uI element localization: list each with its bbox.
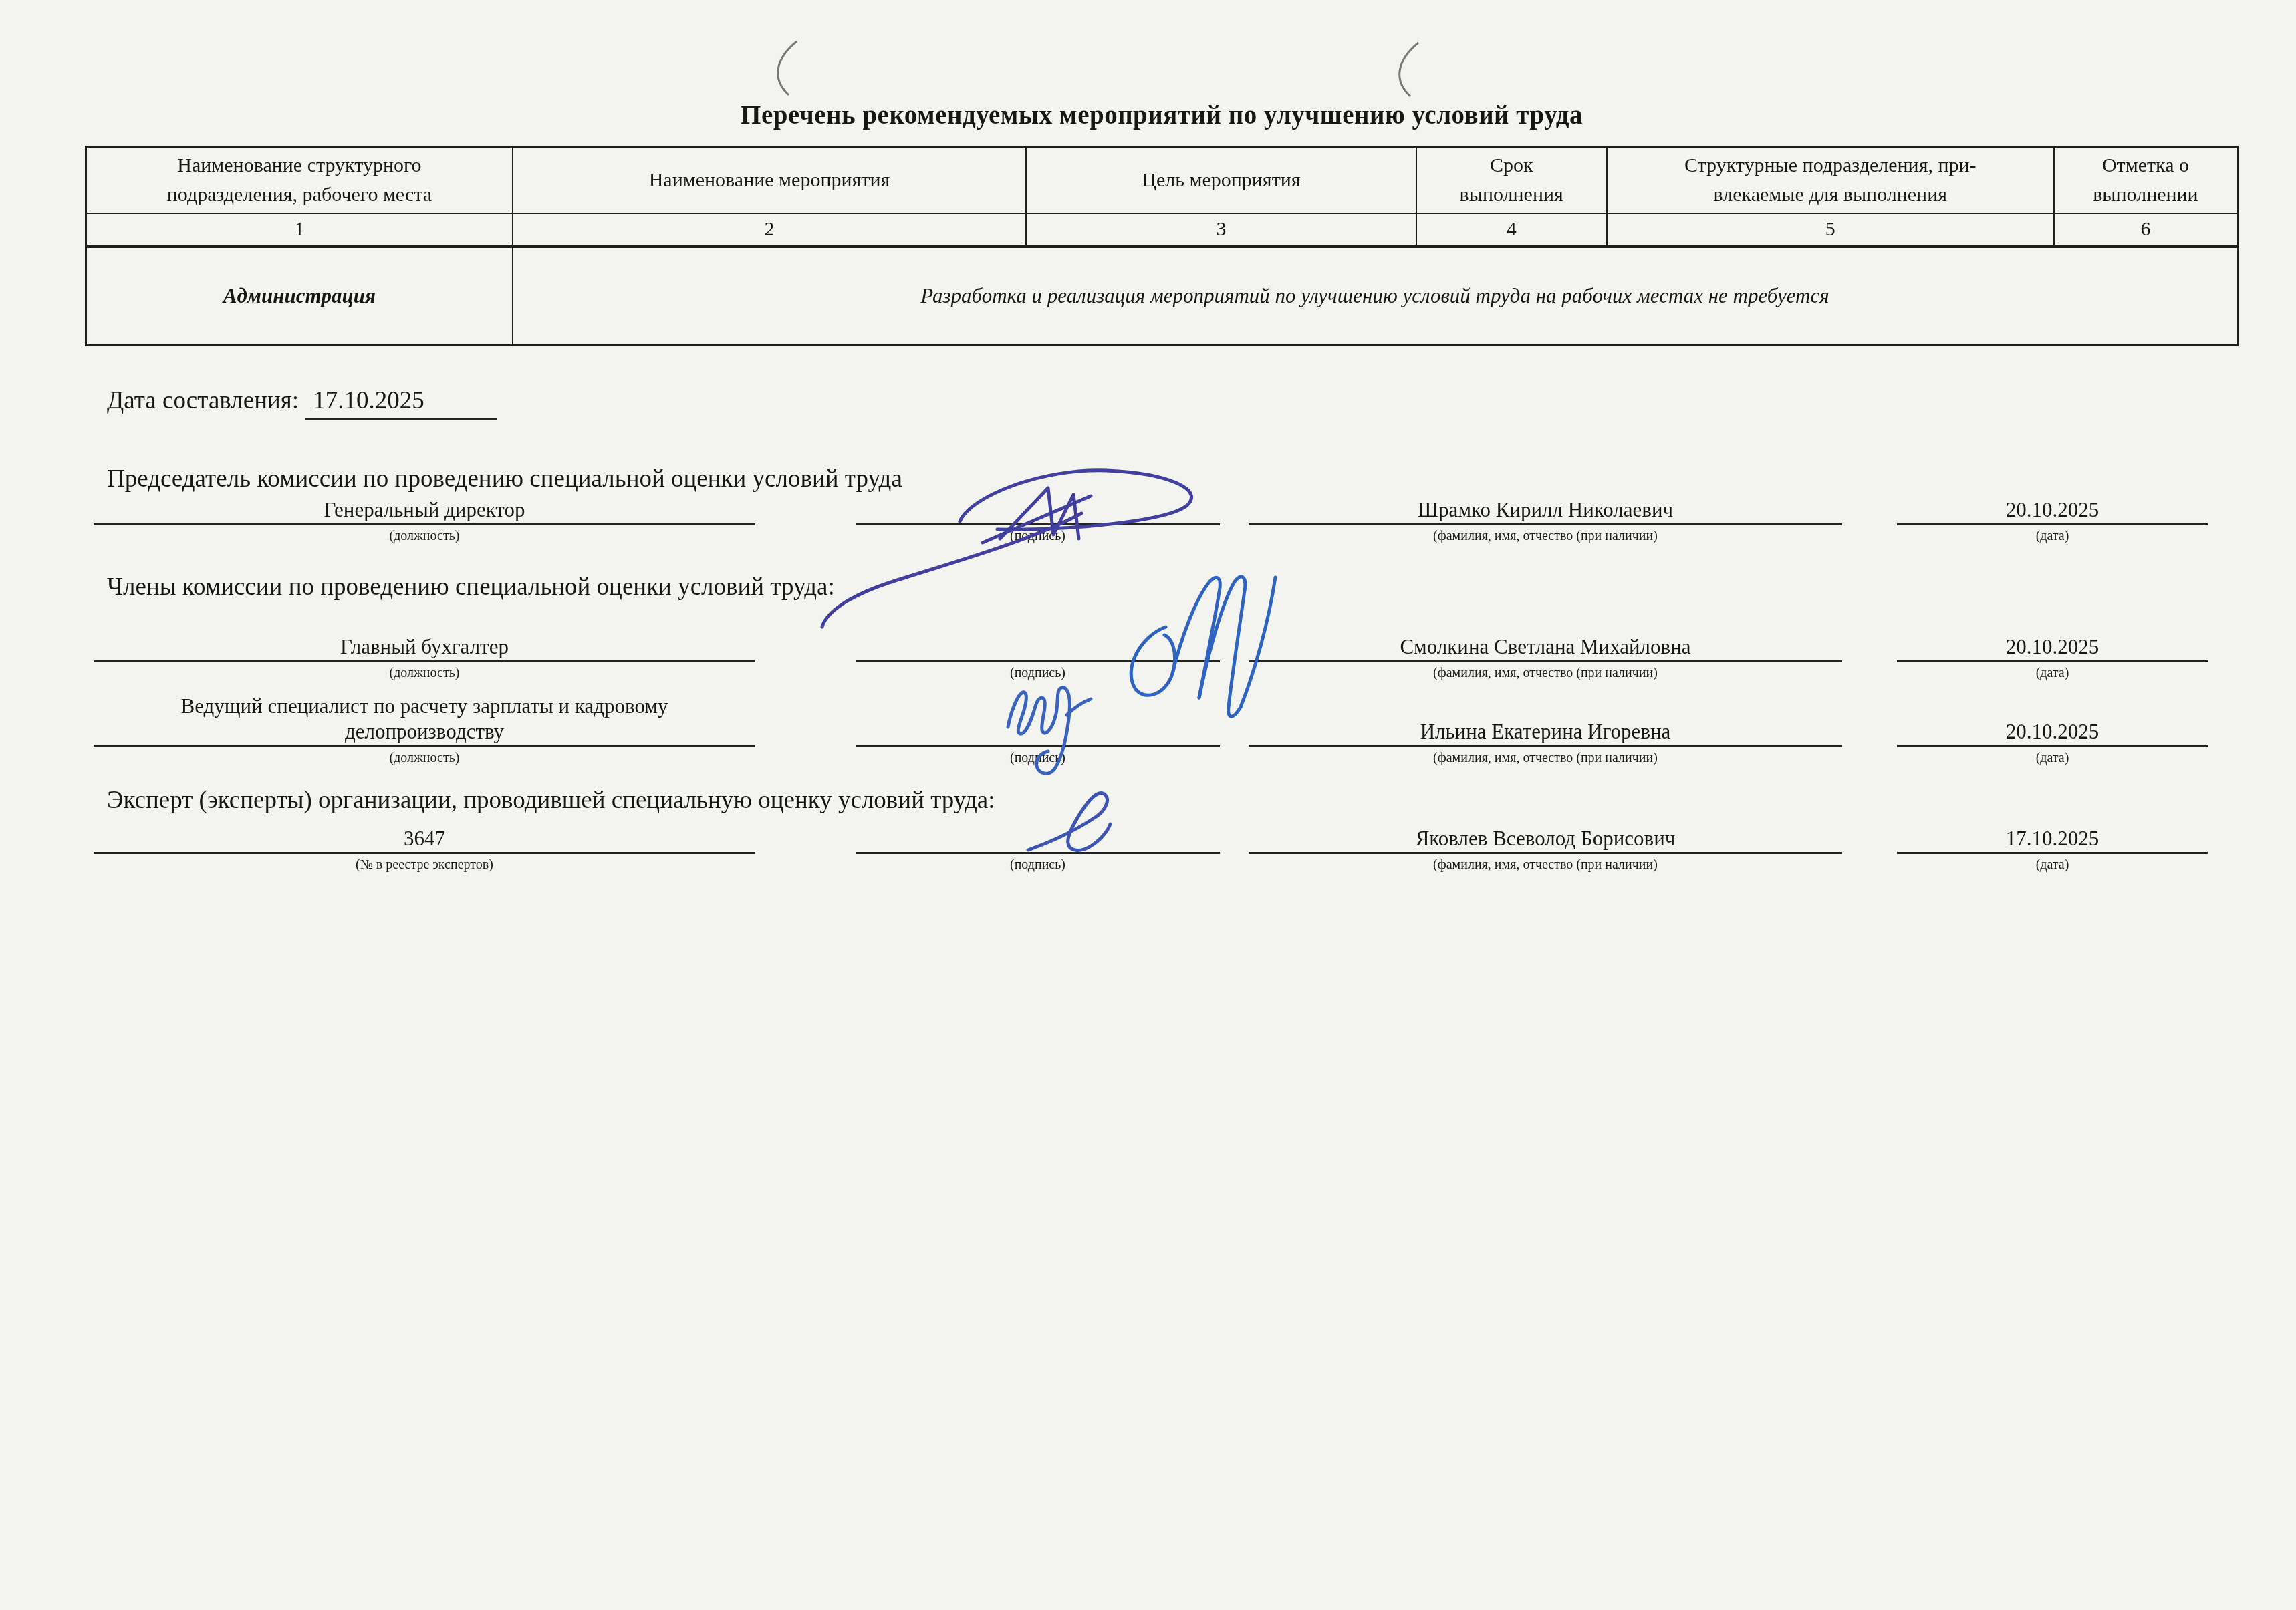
date-label: (дата) [1897,854,2208,873]
col-header-deadline: Срок выполнения [1416,147,1607,214]
member2-date-field: 20.10.2025 (дата) [1897,672,2208,766]
chairman-sign-date: 20.10.2025 [1897,450,2208,523]
column-number: 2 [513,213,1026,247]
expert-registry-label: (№ в реестре экспертов) [94,854,755,873]
chairman-position-field: Генеральный директор (должность) [94,450,755,544]
member1-signature-space [856,587,1220,660]
col-header-goal: Цель мероприятия [1026,147,1416,214]
compilation-date-line: Дата составления: 17.10.2025 [107,386,497,420]
measures-table: Наименование структурного подразделения,… [85,146,2239,346]
compilation-date-value: 17.10.2025 [305,386,497,420]
member2-name-field: Ильина Екатерина Игоревна (фамилия, имя,… [1249,672,1842,766]
signature-label: (подпись) [856,747,1220,766]
chairman-position: Генеральный директор [94,450,755,523]
scan-curl-mark-right [1400,43,1418,96]
member1-position: Главный бухгалтер [94,587,755,660]
member1-name-field: Смолкина Светлана Михайловна (фамилия, и… [1249,587,1842,681]
expert-sign-date: 17.10.2025 [1897,779,2208,852]
expert-signature-space [856,779,1220,852]
chairman-full-name: Шрамко Кирилл Николаевич [1249,450,1842,523]
expert-signature-field: (подпись) [856,779,1220,873]
member1-signature-field: (подпись) [856,587,1220,681]
member1-full-name: Смолкина Светлана Михайловна [1249,587,1842,660]
chairman-name-field: Шрамко Кирилл Николаевич (фамилия, имя, … [1249,450,1842,544]
column-number: 4 [1416,213,1607,247]
expert-registry-field: 3647 (№ в реестре экспертов) [94,779,755,873]
table-data-row: Администрация Разработка и реализация ме… [86,247,2238,346]
position-label: (должность) [94,525,755,544]
expert-registry-number: 3647 [94,779,755,852]
col-header-measure: Наименование мероприятия [513,147,1026,214]
column-number: 1 [86,213,513,247]
table-header-row: Наименование структурного подразделения,… [86,147,2238,214]
member2-sign-date: 20.10.2025 [1897,672,2208,745]
compilation-date-label: Дата составления: [107,387,299,414]
col-header-department: Наименование структурного подразделения,… [86,147,513,214]
department-cell: Администрация [86,247,513,346]
expert-date-field: 17.10.2025 (дата) [1897,779,2208,873]
member2-position: Ведущий специалист по расчету зарплаты и… [94,672,755,745]
member2-signature-field: (подпись) [856,672,1220,766]
member2-position-field: Ведущий специалист по расчету зарплаты и… [94,672,755,766]
full-name-label: (фамилия, имя, отчество (при наличии) [1249,525,1842,544]
signature-label: (подпись) [856,525,1220,544]
expert-full-name: Яковлев Всеволод Борисович [1249,779,1842,852]
date-label: (дата) [1897,747,2208,766]
column-number: 6 [2054,213,2238,247]
scanned-document-page: Перечень рекомендуемых мероприятий по ул… [0,0,2296,1610]
col-header-completion-mark: Отметка о выполнении [2054,147,2238,214]
signature-label: (подпись) [856,854,1220,873]
col-header-involved-units: Структурные подразделения, при- влекаемы… [1607,147,2054,214]
full-name-label: (фамилия, имя, отчество (при наличии) [1249,854,1842,873]
no-measures-note-cell: Разработка и реализация мероприятий по у… [513,247,2238,346]
expert-name-field: Яковлев Всеволод Борисович (фамилия, имя… [1249,779,1842,873]
date-label: (дата) [1897,525,2208,544]
chairman-signature-space [856,450,1220,523]
document-title: Перечень рекомендуемых мероприятий по ул… [85,100,2239,130]
member1-sign-date: 20.10.2025 [1897,587,2208,660]
member2-full-name: Ильина Екатерина Игоревна [1249,672,1842,745]
column-number-row: 1 2 3 4 5 6 [86,213,2238,247]
member2-signature-space [856,672,1220,745]
position-label: (должность) [94,747,755,766]
full-name-label: (фамилия, имя, отчество (при наличии) [1249,747,1842,766]
column-number: 3 [1026,213,1416,247]
member1-date-field: 20.10.2025 (дата) [1897,587,2208,681]
member1-position-field: Главный бухгалтер (должность) [94,587,755,681]
chairman-signature-field: (подпись) [856,450,1220,544]
column-number: 5 [1607,213,2054,247]
chairman-date-field: 20.10.2025 (дата) [1897,450,2208,544]
scan-curl-mark-left [778,41,797,95]
